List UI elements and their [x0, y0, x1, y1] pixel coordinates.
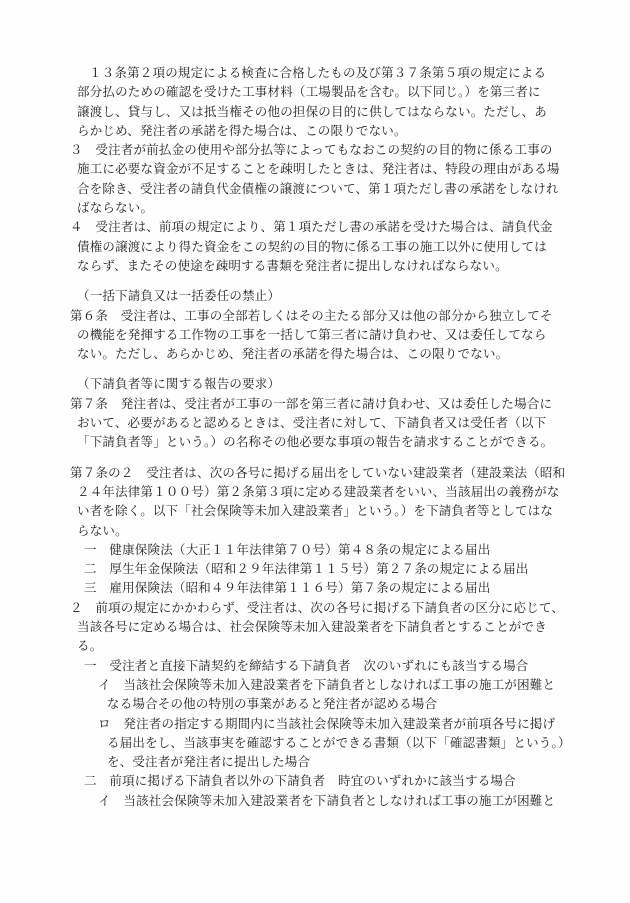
text-line: らない。 — [70, 522, 590, 541]
document-page: １３条第２項の規定による検査に合格したもの及び第３７条第５項の規定による部分払の… — [0, 0, 630, 903]
text-line: 一 受注者と直接下請契約を締結する下請負者 次のいずれにも該当する場合 — [70, 657, 590, 676]
text-line: ない。ただし、あらかじめ、発注者の承諾を得た場合は、この限りでない。 — [70, 345, 590, 364]
text-line: 第７条の２ 受注者は、次の各号に掲げる届出をしていない建設業者（建設業法（昭和 — [70, 464, 590, 483]
text-line: 第６条 受注者は、工事の全部若しくはその主たる部分又は他の部分から独立してそ — [70, 307, 590, 326]
text-line: 二 前項に掲げる下請負者以外の下請負者 時宜のいずれかに該当する場合 — [70, 772, 590, 791]
blank-line — [70, 453, 590, 464]
text-line: 一 健康保険法（大正１１年法律第７０号）第４８条の規定による届出 — [70, 541, 590, 560]
document-lines: １３条第２項の規定による検査に合格したもの及び第３７条第５項の規定による部分払の… — [70, 64, 590, 811]
text-line: イ 当該社会保険等未加入建設業者を下請負者としなければ工事の施工が困難と — [70, 792, 590, 811]
text-line: 当該各号に定める場合は、社会保険等未加入建設業者を下請負者とすることができ — [70, 618, 590, 637]
text-line: 二 厚生年金保険法（昭和２９年法律第１１５号）第２７条の規定による届出 — [70, 560, 590, 579]
text-line: イ 当該社会保険等未加入建設業者を下請負者としなければ工事の施工が困難と — [70, 676, 590, 695]
text-line: ばならない。 — [70, 199, 590, 218]
text-line: 三 雇用保険法（昭和４９年法律第１１６号）第７条の規定による届出 — [70, 579, 590, 598]
text-line: ならず、またその使途を疎明する書類を発注者に提出しなければならない。 — [70, 257, 590, 276]
text-line: 第７条 発注者は、受注者が工事の一部を第三者に請け負わせ、又は委任した場合に — [70, 395, 590, 414]
text-line: い者を除く。以下「社会保険等未加入建設業者」という。）を下請負者等としてはな — [70, 502, 590, 521]
text-line: ロ 発注者の指定する期間内に当該社会保険等未加入建設業者が前項各号に掲げ — [70, 715, 590, 734]
text-line: の機能を発揮する工作物の工事を一括して第三者に請け負わせ、又は委任してなら — [70, 326, 590, 345]
text-line: 譲渡し、貸与し、又は抵当権その他の担保の目的に供してはならない。ただし、あ — [70, 103, 590, 122]
text-line: （一括下請負又は一括委任の禁止） — [70, 287, 590, 306]
text-line: ２４年法律第１００号）第２条第３項に定める建設業者をいい、当該届出の義務がな — [70, 483, 590, 502]
blank-line — [70, 276, 590, 287]
text-line: らかじめ、発注者の承諾を得た場合は、この限りでない。 — [70, 122, 590, 141]
text-line: おいて、必要があると認めるときは、受注者に対して、下請負者又は受任者（以下 — [70, 414, 590, 433]
blank-line — [70, 364, 590, 375]
text-line: なる場合その他の特別の事業があると発注者が認める場合 — [70, 695, 590, 714]
text-line: る。 — [70, 637, 590, 656]
text-line: を、受注者が発注者に提出した場合 — [70, 753, 590, 772]
text-line: ２ 前項の規定にかかわらず、受注者は、次の各号に掲げる下請負者の区分に応じて、 — [70, 599, 590, 618]
text-line: ３ 受注者が前払金の使用や部分払等によってもなおこの契約の目的物に係る工事の — [70, 141, 590, 160]
text-line: 「下請負者等」という。）の名称その他必要な事項の報告を請求することができる。 — [70, 433, 590, 452]
text-line: 部分払のための確認を受けた工事材料（工場製品を含む。以下同じ。）を第三者に — [70, 83, 590, 102]
text-line: ４ 受注者は、前項の規定により、第１項ただし書の承諾を受けた場合は、請負代金 — [70, 218, 590, 237]
text-line: 施工に必要な資金が不足することを疎明したときは、発注者は、特段の理由がある場 — [70, 160, 590, 179]
text-line: （下請負者等に関する報告の要求） — [70, 375, 590, 394]
text-line: 債権の譲渡により得た資金をこの契約の目的物に係る工事の施工以外に使用しては — [70, 238, 590, 257]
text-line: る届出をし、当該事実を確認することができる書類（以下「確認書類」という。） — [70, 734, 590, 753]
text-line: １３条第２項の規定による検査に合格したもの及び第３７条第５項の規定による — [70, 64, 590, 83]
text-line: 合を除き、受注者の請負代金債権の譲渡について、第１項ただし書の承諾をしなけれ — [70, 180, 590, 199]
